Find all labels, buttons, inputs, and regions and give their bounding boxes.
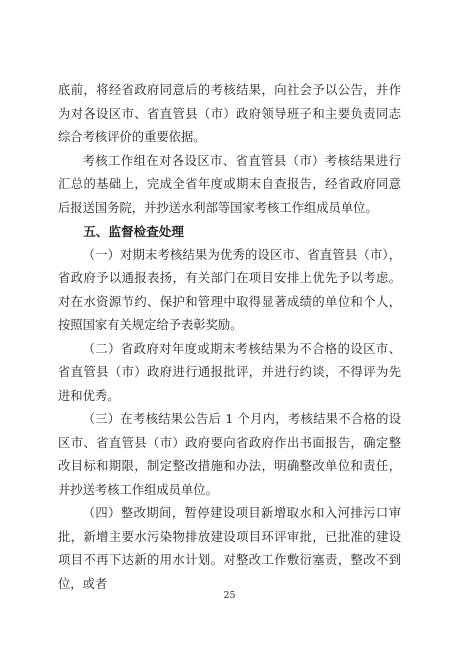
document-page: 底前，将经省政府同意后的考核结果，向社会予以公告，并作为对各设区市、省直管县（市… bbox=[0, 0, 459, 650]
paragraph: （四）整改期间，暂停建设项目新增取水和入河排污口审批，新增主要水污染物排放建设项… bbox=[58, 502, 401, 596]
page-number: 25 bbox=[0, 590, 459, 601]
paragraph: （二）省政府对年度或期末考核结果为不合格的设区市、省直管县（市）政府进行通报批评… bbox=[58, 338, 401, 409]
paragraph: 考核工作组在对各设区市、省直管县（市）考核结果进行汇总的基础上，完成全省年度或期… bbox=[58, 150, 401, 221]
paragraph: （一）对期末考核结果为优秀的设区市、省直管县（市），省政府予以通报表扬，有关部门… bbox=[58, 244, 401, 338]
text-block: 底前，将经省政府同意后的考核结果，向社会予以公告，并作为对各设区市、省直管县（市… bbox=[58, 79, 401, 596]
paragraph: （三）在考核结果公告后 1 个月内，考核结果不合格的设区市、省直管县（市）政府要… bbox=[58, 408, 401, 502]
paragraph: 底前，将经省政府同意后的考核结果，向社会予以公告，并作为对各设区市、省直管县（市… bbox=[58, 79, 401, 150]
section-heading: 五、监督检查处理 bbox=[58, 220, 401, 244]
